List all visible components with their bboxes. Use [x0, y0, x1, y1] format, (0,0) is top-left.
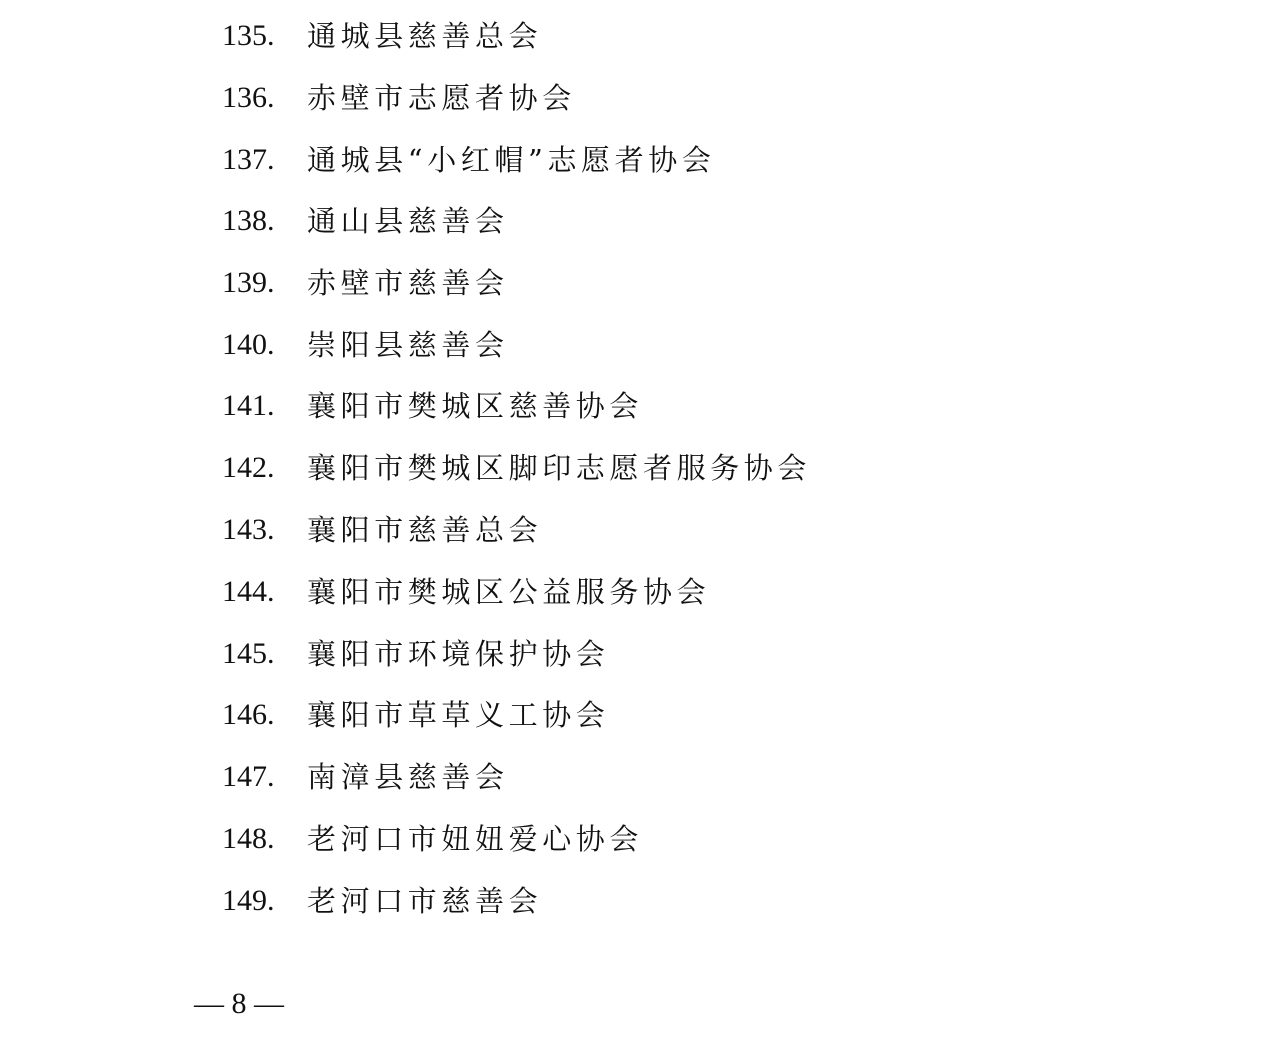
item-text: 襄阳市慈善总会 — [307, 510, 542, 550]
item-number: 149. — [222, 881, 275, 921]
item-number: 144. — [222, 572, 275, 612]
item-number: 147. — [222, 757, 275, 797]
list-item: 144. 襄阳市樊城区公益服务协会 — [0, 572, 1000, 612]
item-number: 148. — [222, 819, 275, 859]
item-number: 138. — [222, 201, 275, 241]
item-text: 襄阳市樊城区公益服务协会 — [307, 572, 710, 612]
item-text: 崇阳县慈善会 — [307, 325, 509, 365]
item-number: 135. — [222, 16, 275, 56]
list-item: 142. 襄阳市樊城区脚印志愿者服务协会 — [0, 448, 1000, 488]
item-text: 赤壁市志愿者协会 — [307, 78, 576, 118]
item-text: 通城县“小红帽”志愿者协会 — [307, 140, 715, 180]
item-number: 146. — [222, 695, 275, 735]
list-item: 145. 襄阳市环境保护协会 — [0, 634, 1000, 674]
item-text: 襄阳市环境保护协会 — [307, 634, 609, 674]
item-text: 襄阳市樊城区脚印志愿者服务协会 — [307, 448, 811, 488]
list-item: 140. 崇阳县慈善会 — [0, 325, 1000, 365]
item-text: 老河口市慈善会 — [307, 881, 542, 921]
item-text: 通城县慈善总会 — [307, 16, 542, 56]
item-text: 老河口市妞妞爱心协会 — [307, 819, 643, 859]
list-item: 146. 襄阳市草草义工协会 — [0, 695, 1000, 735]
item-text: 南漳县慈善会 — [307, 757, 509, 797]
item-number: 139. — [222, 263, 275, 303]
item-number: 141. — [222, 386, 275, 426]
list-item: 149. 老河口市慈善会 — [0, 881, 1000, 921]
item-text: 襄阳市草草义工协会 — [307, 695, 609, 735]
list-item: 137. 通城县“小红帽”志愿者协会 — [0, 140, 1000, 180]
list-item: 138. 通山县慈善会 — [0, 201, 1000, 241]
list-item: 148. 老河口市妞妞爱心协会 — [0, 819, 1000, 859]
list-item: 147. 南漳县慈善会 — [0, 757, 1000, 797]
item-number: 137. — [222, 140, 275, 180]
list-item: 136. 赤壁市志愿者协会 — [0, 78, 1000, 118]
item-text: 通山县慈善会 — [307, 201, 509, 241]
list-item: 143. 襄阳市慈善总会 — [0, 510, 1000, 550]
page-number: — 8 — — [194, 984, 284, 1024]
item-number: 140. — [222, 325, 275, 365]
item-number: 145. — [222, 634, 275, 674]
item-number: 142. — [222, 448, 275, 488]
item-number: 143. — [222, 510, 275, 550]
list-item: 135. 通城县慈善总会 — [0, 16, 1000, 56]
list-item: 141. 襄阳市樊城区慈善协会 — [0, 386, 1000, 426]
list-item: 139. 赤壁市慈善会 — [0, 263, 1000, 303]
item-number: 136. — [222, 78, 275, 118]
item-text: 襄阳市樊城区慈善协会 — [307, 386, 643, 426]
item-text: 赤壁市慈善会 — [307, 263, 509, 303]
